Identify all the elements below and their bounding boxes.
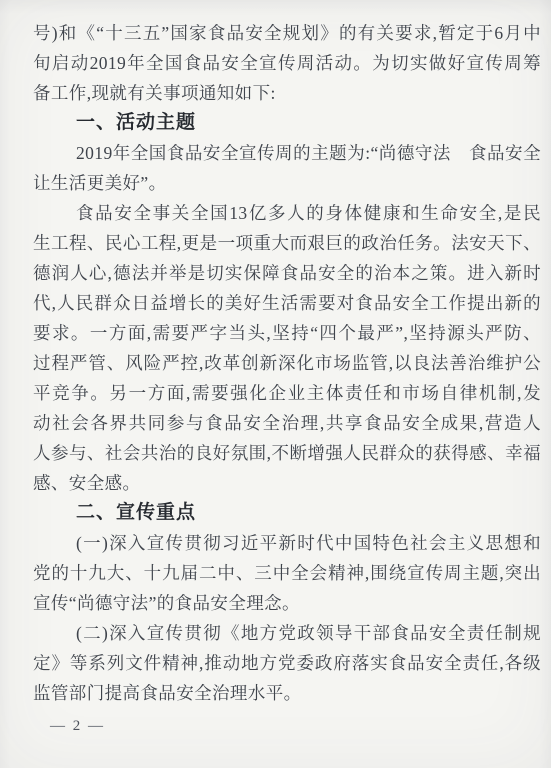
text-line: 宣传“尚德守法”的食品安全理念。	[33, 588, 541, 618]
text-line: 备工作,现就有关事项通知如下:	[33, 78, 541, 108]
text-line: 动社会各界共同参与食品安全治理,共享食品安全成果,营造人	[33, 408, 541, 438]
text-line: (一)深入宣传贯彻习近平新时代中国特色社会主义思想和	[33, 528, 541, 558]
document-page: 号)和《“十三五”国家食品安全规划》的有关要求,暂定于6月中旬启动2019年全国…	[0, 0, 551, 768]
page-number: — 2 —	[50, 714, 105, 738]
text-line: 食品安全事关全国13亿多人的身体健康和生命安全,是民	[33, 198, 541, 228]
text-line: 代,人民群众日益增长的美好生活需要对食品安全工作提出新的	[33, 288, 541, 318]
text-line: 定》等系列文件精神,推动地方党委政府落实食品安全责任,各级	[33, 648, 541, 678]
section-heading: 二、宣传重点	[33, 498, 541, 528]
text-line: 旬启动2019年全国食品安全宣传周活动。为切实做好宣传周筹	[33, 48, 541, 78]
text-line: 号)和《“十三五”国家食品安全规划》的有关要求,暂定于6月中	[33, 18, 541, 48]
document-body: 号)和《“十三五”国家食品安全规划》的有关要求,暂定于6月中旬启动2019年全国…	[33, 18, 541, 708]
text-line: 2019年全国食品安全宣传周的主题为:“尚德守法 食品安全	[33, 138, 541, 168]
text-line: 人参与、社会共治的良好氛围,不断增强人民群众的获得感、幸福	[33, 438, 541, 468]
text-line: 党的十九大、十九届二中、三中全会精神,围绕宣传周主题,突出	[33, 558, 541, 588]
text-line: 生工程、民心工程,更是一项重大而艰巨的政治任务。法安天下、	[33, 228, 541, 258]
text-line: 监管部门提高食品安全治理水平。	[33, 678, 541, 708]
text-line: 要求。一方面,需要严字当头,坚持“四个最严”,坚持源头严防、	[33, 318, 541, 348]
text-line: 让生活更美好”。	[33, 168, 541, 198]
text-line: 德润人心,德法并举是切实保障食品安全的治本之策。进入新时	[33, 258, 541, 288]
text-line: 感、安全感。	[33, 468, 541, 498]
text-line: (二)深入宣传贯彻《地方党政领导干部食品安全责任制规	[33, 618, 541, 648]
text-line: 过程严管、风险严控,改革创新深化市场监管,以良法善治维护公	[33, 348, 541, 378]
section-heading: 一、活动主题	[33, 108, 541, 138]
text-line: 平竞争。另一方面,需要强化企业主体责任和市场自律机制,发	[33, 378, 541, 408]
